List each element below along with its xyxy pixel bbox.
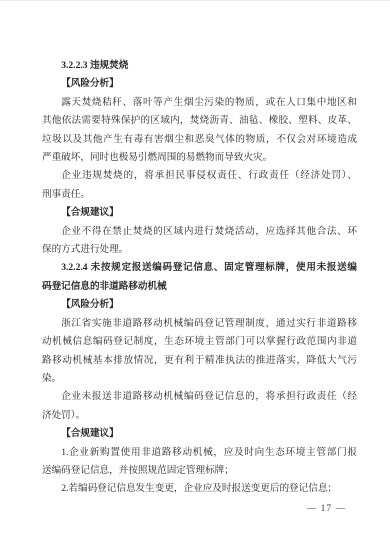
text-line: 路移动机械基本排放情况，更有利于精准执法的推进落实，降低大气污 (42, 352, 357, 370)
text-line: 济处罚）。 (42, 407, 357, 425)
text-line: 保的方式进行处理。 (42, 241, 357, 259)
section-label: 【合规建议】 (42, 425, 357, 443)
text-line: 【合规建议】 (42, 204, 357, 222)
text-line: 3.2.2.4 未按规定报送编码登记信息、固定管理标牌，使用未报送编 (42, 259, 357, 277)
text-line: 1.企业新购置使用非道路移动机械，应及时向生态环境主管部门报 (42, 444, 357, 462)
section-label: 【风险分析】 (42, 296, 357, 314)
paragraph: 企业未报送非道路移动机械编码登记信息的，将承担行政责任（经济处罚）。 (42, 388, 357, 425)
text-line: 染。 (42, 370, 357, 388)
paragraph: 浙江省实施非道路移动机械编码登记管理制度，通过实行非道路移动机械信息编码登记制度… (42, 315, 357, 389)
paragraph: 1.企业新购置使用非道路移动机械，应及时向生态环境主管部门报送编码登记信息，并按… (42, 444, 357, 481)
section-label: 【合规建议】 (42, 204, 357, 222)
section-heading: 3.2.2.4 未按规定报送编码登记信息、固定管理标牌，使用未报送编码登记信息的… (42, 259, 357, 296)
text-line: 刑事责任。 (42, 186, 357, 204)
section-label: 【风险分析】 (42, 75, 357, 93)
text-line: 3.2.2.3 违规焚烧 (42, 57, 357, 75)
text-line: 【合规建议】 (42, 425, 357, 443)
text-line: 动机械信息编码登记制度，生态环境主管部门可以掌握行政范围内非道 (42, 333, 357, 351)
paragraph: 露天焚烧秸秆、落叶等产生烟尘污染的物质，或在人口集中地区和其他依法需要特殊保护的… (42, 94, 357, 168)
text-line: 企业未报送非道路移动机械编码登记信息的，将承担行政责任（经 (42, 388, 357, 406)
text-line: 2.若编码登记信息发生变更，企业应及时报送变更后的登记信息； (42, 480, 357, 498)
document-content: 3.2.2.3 违规焚烧【风险分析】露天焚烧秸秆、落叶等产生烟尘污染的物质，或在… (42, 57, 357, 499)
text-line: 【风险分析】 (42, 75, 357, 93)
text-line: 露天焚烧秸秆、落叶等产生烟尘污染的物质，或在人口集中地区和 (42, 94, 357, 112)
page-number: — 17 — (307, 502, 346, 516)
document-page: 3.2.2.3 违规焚烧【风险分析】露天焚烧秸秆、落叶等产生烟尘污染的物质，或在… (0, 0, 390, 552)
section-heading: 3.2.2.3 违规焚烧 (42, 57, 357, 75)
text-line: 其他依法需要特殊保护的区域内，焚烧沥青、油毡、橡胶、塑料、皮革、 (42, 112, 357, 130)
text-line: 企业不得在禁止焚烧的区域内进行焚烧活动，应选择其他合法、环 (42, 223, 357, 241)
paragraph: 企业不得在禁止焚烧的区域内进行焚烧活动，应选择其他合法、环保的方式进行处理。 (42, 223, 357, 260)
text-line: 送编码登记信息，并按照规范固定管理标牌； (42, 462, 357, 480)
paragraph: 2.若编码登记信息发生变更，企业应及时报送变更后的登记信息； (42, 480, 357, 498)
text-line: 浙江省实施非道路移动机械编码登记管理制度，通过实行非道路移 (42, 315, 357, 333)
text-line: 严重破坏，同时也极易引燃周围的易燃物而导致火灾。 (42, 149, 357, 167)
text-line: 企业违规焚烧的，将承担民事侵权责任、行政责任（经济处罚）、 (42, 167, 357, 185)
text-line: 【风险分析】 (42, 296, 357, 314)
paragraph: 企业违规焚烧的，将承担民事侵权责任、行政责任（经济处罚）、刑事责任。 (42, 167, 357, 204)
text-line: 垃圾以及其他产生有毒有害烟尘和恶臭气体的物质，不仅会对环境造成 (42, 131, 357, 149)
text-line: 码登记信息的非道路移动机械 (42, 278, 357, 296)
